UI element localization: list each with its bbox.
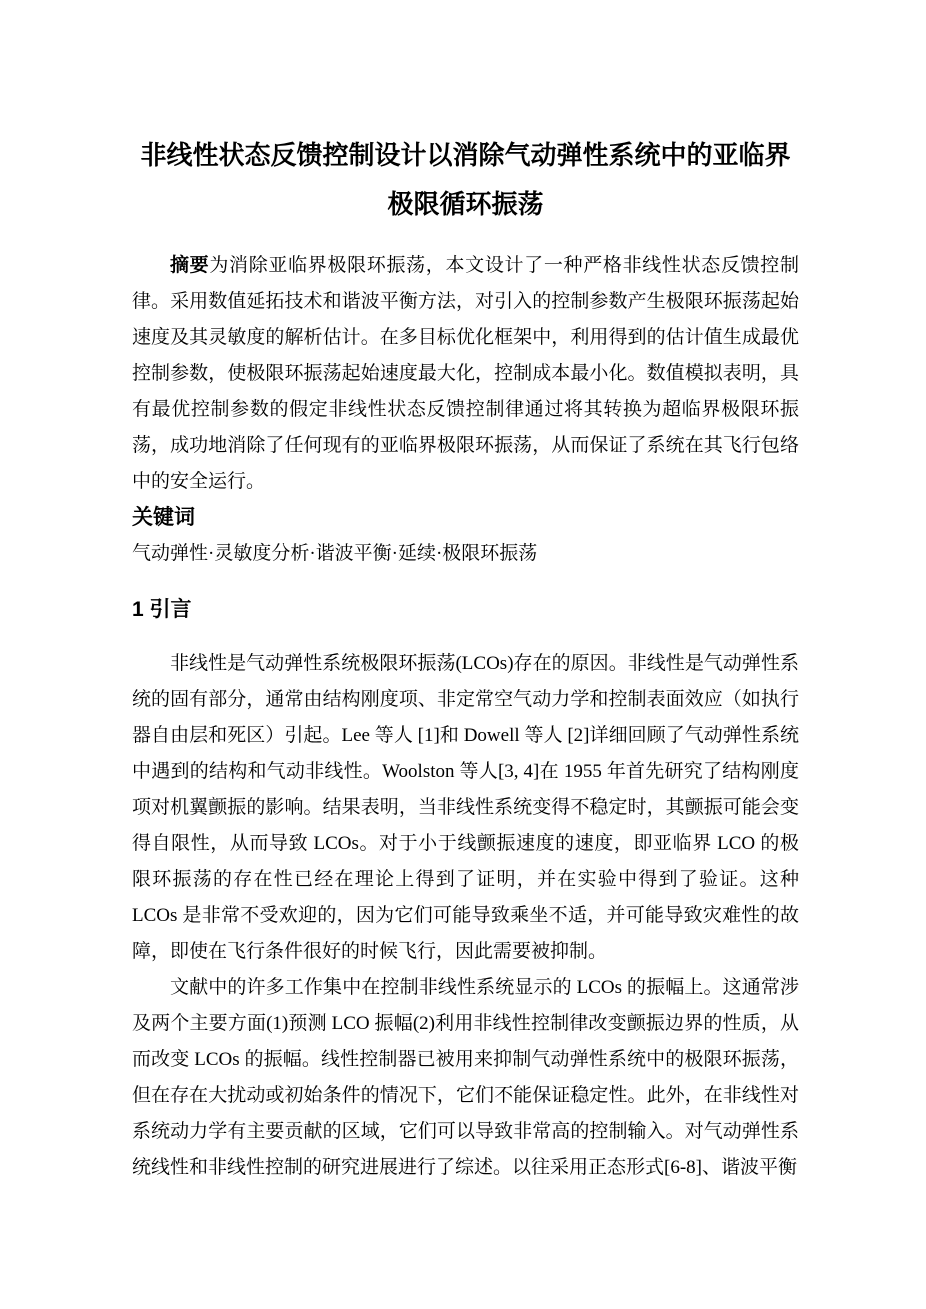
abstract-label: 摘要 <box>170 255 209 276</box>
section-heading-introduction: 1 引言 <box>132 592 799 628</box>
abstract-text: 为消除亚临界极限环振荡，本文设计了一种严格非线性状态反馈控制律。采用数值延拓技术… <box>132 255 799 492</box>
keywords-list: 气动弹性·灵敏度分析·谐波平衡·延续·极限环振荡 <box>132 536 799 572</box>
keywords-heading: 关键词 <box>132 500 799 536</box>
introduction-paragraph-1: 非线性是气动弹性系统极限环振荡(LCOs)存在的原因。非线性是气动弹性系统的固有… <box>132 646 799 970</box>
document-page: 非线性状态反馈控制设计以消除气动弹性系统中的亚临界极限循环振荡 摘要为消除亚临界… <box>0 0 926 1309</box>
introduction-paragraph-2: 文献中的许多工作集中在控制非线性系统显示的 LCOs 的振幅上。这通常涉及两个主… <box>132 970 799 1186</box>
paper-title: 非线性状态反馈控制设计以消除气动弹性系统中的亚临界极限循环振荡 <box>132 131 799 229</box>
abstract-paragraph: 摘要为消除亚临界极限环振荡，本文设计了一种严格非线性状态反馈控制律。采用数值延拓… <box>132 248 799 500</box>
